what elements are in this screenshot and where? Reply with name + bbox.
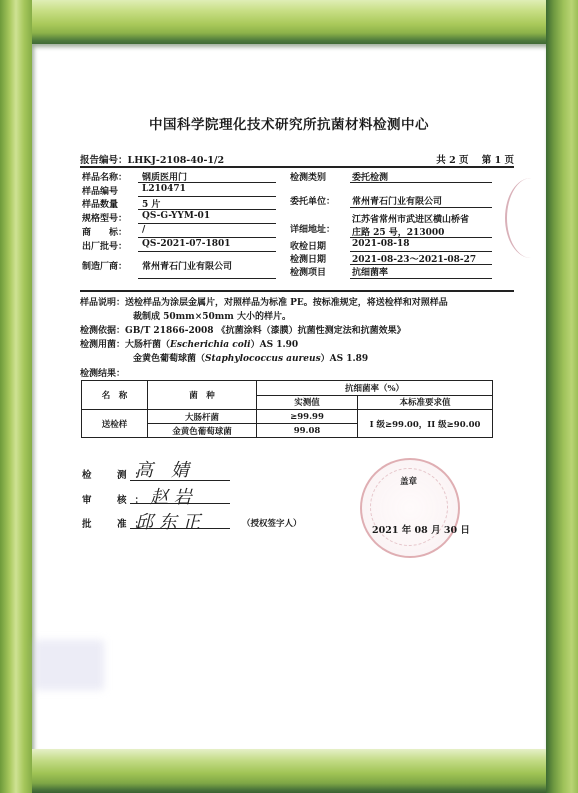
measured-cell: ≥99.99 (257, 410, 358, 424)
field-underline (350, 182, 492, 183)
field-label: 制造厂商： (82, 259, 127, 272)
field-label: 规格型号： (82, 211, 127, 224)
field-label: 样品编号 (82, 184, 118, 197)
table-row: 送检样 大肠杆菌 ≥99.99 I 级≥99.00，II 级≥90.00 (82, 410, 493, 424)
issue-date: 2021 年 08 月 30 日 (372, 522, 470, 536)
document-title: 中国科学院理化技术研究所抗菌材料检测中心 (0, 113, 578, 133)
field-label: 收检日期 (290, 239, 326, 252)
results-table: 名 称 菌 种 抗细菌率（%） 实测值 本标准要求值 送检样 大肠杆菌 ≥99.… (81, 380, 493, 438)
field-value: QS-G-YYM-01 (142, 211, 210, 221)
strain-cell: 大肠杆菌 (148, 410, 257, 424)
field-value: 常州青石门业有限公司 (142, 259, 232, 272)
field-underline (350, 237, 492, 238)
field-label: 检测日期 (290, 252, 326, 265)
tester-line (130, 480, 230, 481)
strain2-cn: 金黄色葡萄球菌（ (133, 354, 205, 364)
field-label: 详细地址： (290, 222, 335, 235)
report-header: 报告编号：LHKJ-2108-40-1/2 共 2 页 第 1 页 (80, 152, 514, 166)
header-measured: 实测值 (257, 395, 358, 410)
header-name: 名 称 (82, 381, 148, 410)
reviewer-line (130, 503, 230, 504)
page-indicator: 共 2 页 第 1 页 (436, 152, 514, 166)
report-number: 报告编号：LHKJ-2108-40-1/2 (80, 152, 224, 166)
header-rate: 抗细菌率（%） (257, 381, 493, 396)
header-strain: 菌 种 (148, 381, 257, 410)
sample-name-cell: 送检样 (82, 410, 148, 438)
field-underline (350, 207, 492, 208)
field-label: 检测类别 (290, 170, 326, 183)
field-underline (350, 278, 492, 279)
edge-seal-stamp (505, 178, 557, 258)
field-value: 江苏省常州市武进区横山桥省 (352, 212, 469, 225)
header-rule (80, 166, 514, 168)
field-value: 常州青石门业有限公司 (352, 194, 442, 207)
field-value: QS-2021-07-1801 (142, 239, 231, 249)
field-label: 委托单位： (290, 194, 335, 207)
reviewer-signature: 赵 岩 (150, 483, 192, 509)
field-value: / (142, 225, 145, 235)
strain-cell: 金黄色葡萄球菌 (148, 424, 257, 438)
basis-label: 检测依据： (80, 326, 125, 336)
field-underline (138, 278, 276, 279)
frame-bottom-border (0, 749, 578, 793)
official-seal-stamp (360, 458, 460, 558)
approver-signature: 邱 东 正 (135, 508, 200, 534)
field-label: 商 标： (82, 225, 127, 238)
field-underline (138, 209, 276, 210)
strain1-code: ）AS 1.90 (251, 340, 299, 350)
field-underline (138, 182, 276, 183)
field-label: 出厂批号： (82, 239, 127, 252)
description-line2: 裁制成 50mm×50mm 大小的样片。 (133, 309, 291, 322)
strains-label: 检测用菌： (80, 340, 125, 350)
seal-label: 盖章 (400, 475, 417, 487)
field-label: 样品数量 (82, 197, 118, 210)
field-underline (138, 223, 276, 224)
sample-description: 样品说明：送检样品为涂层金属片，对照样品为标准 PE。按标准规定，将送检样和对照… (80, 295, 448, 308)
strain2-latin: Staphylococcus aureus (205, 354, 321, 364)
tester-signature: 高 婧 (135, 456, 189, 482)
field-label: 检测项目 (290, 265, 326, 278)
test-basis: 检测依据：GB/T 21866-2008 《抗菌涂料（漆膜）抗菌性测定法和抗菌效… (80, 323, 406, 336)
basis-text: GB/T 21866-2008 《抗菌涂料（漆膜）抗菌性测定法和抗菌效果》 (125, 326, 406, 336)
strain1-cn: 大肠杆菌（ (125, 340, 170, 350)
required-cell: I 级≥99.00，II 级≥90.00 (358, 410, 493, 438)
test-strain-2: 金黄色葡萄球菌（Staphylococcus aureus）AS 1.89 (133, 351, 368, 364)
approver-line (130, 528, 230, 529)
strain1-latin: Escherichia coli (170, 340, 251, 350)
test-strain-1: 检测用菌：大肠杆菌（Escherichia coli）AS 1.90 (80, 337, 298, 350)
header-required: 本标准要求值 (358, 395, 493, 410)
section-rule (80, 290, 514, 292)
scan-smudge (34, 640, 104, 690)
field-underline (138, 251, 276, 252)
measured-cell: 99.08 (257, 424, 358, 438)
field-value: 2021-08-18 (352, 239, 410, 249)
field-label: 样品名称： (82, 170, 127, 183)
results-label: 检测结果： (80, 366, 125, 379)
description-label: 样品说明： (80, 298, 125, 308)
frame-top-border (0, 0, 578, 44)
field-underline (138, 237, 276, 238)
strain2-code: ）AS 1.89 (321, 354, 369, 364)
field-value: L210471 (142, 184, 186, 194)
authorized-signatory-note: （授权签字人） (242, 517, 302, 529)
description-line1: 送检样品为涂层金属片，对照样品为标准 PE。按标准规定，将送检样和对照样品 (125, 298, 448, 308)
field-value: 抗细菌率 (352, 265, 388, 278)
